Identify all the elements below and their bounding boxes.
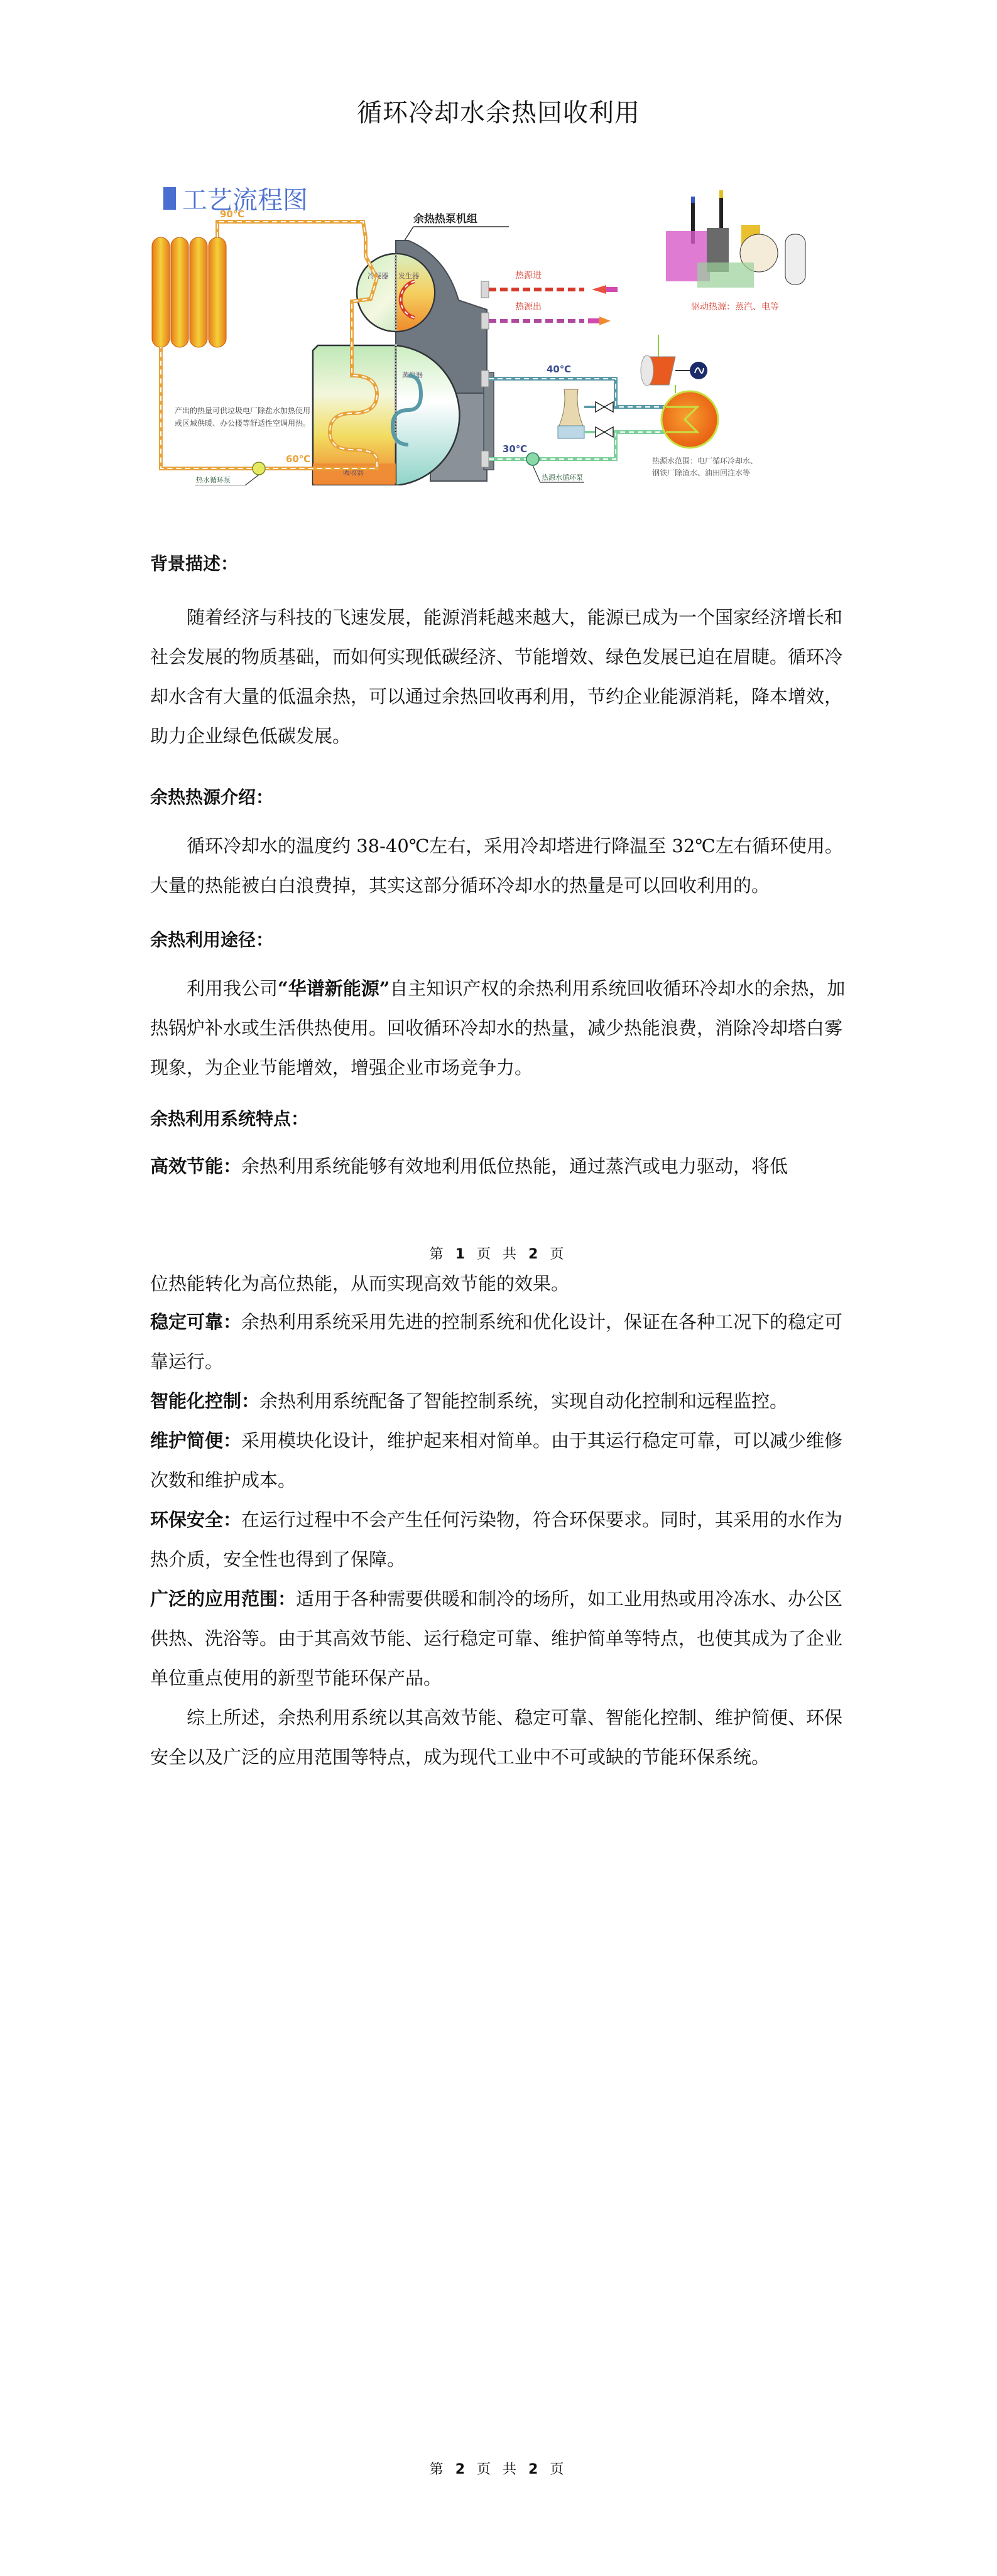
section-body-utilization: 利用我公司“华谱新能源”自主知识产权的余热利用系统回收循环冷却水的余热，加热锅炉… <box>150 969 860 1088</box>
conclusion-paragraph: 综上所述，余热利用系统以其高效节能、稳定可靠、智能化控制、维护简便、环保安全以及… <box>150 1698 860 1777</box>
heat-exchanger-icon <box>662 391 718 448</box>
factory-illustration <box>666 190 805 288</box>
temp-30-label: 30℃ <box>503 443 527 455</box>
electric-generator-icon <box>690 362 707 379</box>
feature-item-wide-application: 广泛的应用范围：适用于各种需要供暖和制冷的场所，如工业用热或用冷冻水、办公区供热… <box>150 1579 860 1698</box>
source-water-pump-label: 热源水循环泵 <box>542 473 583 482</box>
source-range-line2: 钢铁厂除渣水、油田回注水等 <box>652 468 750 477</box>
valve-icon <box>596 402 613 437</box>
feature-item-reliable: 稳定可靠：余热利用系统采用先进的控制系统和优化设计，保证在各种工况下的稳定可靠运… <box>150 1302 860 1382</box>
unit-label: 余热热泵机组 <box>413 212 477 225</box>
feature-item-efficient-cont: 位热能转化为高位热能，从而实现高效节能的效果。 <box>150 1264 860 1304</box>
feature-item-easy-maintenance: 维护简便：采用模块化设计，维护起来相对简单。由于其运行稳定可靠，可以减少维修次数… <box>150 1421 860 1500</box>
diagram-heading: 工艺流程图 <box>182 186 308 215</box>
heat-source-in-label: 热源进 <box>515 270 542 281</box>
feature-item-efficient: 高效节能：余热利用系统能够有效地利用低位热能，通过蒸汽或电力驱动，将低 <box>150 1147 860 1186</box>
generator-label: 发生器 <box>398 271 419 280</box>
document-title: 循环冷却水余热回收利用 <box>0 93 997 129</box>
heat-out-arrow-icon <box>599 317 611 325</box>
source-water-pump-icon <box>526 453 539 465</box>
source-range-line1: 热源水范围：电厂循环冷却水、 <box>652 456 758 465</box>
company-brand: “华谱新能源” <box>278 978 390 999</box>
temp-90-label: 90℃ <box>220 208 244 220</box>
section-body-background: 随着经济与科技的飞速发展，能源消耗越来越大，能源已成为一个国家经济增长和社会发展… <box>150 598 860 756</box>
hot-water-pump-icon <box>253 462 265 475</box>
temp-60-label: 60℃ <box>286 453 310 465</box>
feature-item-smart-control: 智能化控制：余热利用系统配备了智能控制系统，实现自动化控制和远程监控。 <box>150 1382 860 1421</box>
page-footer-2: 第 2 页 共 2 页 <box>0 2459 997 2478</box>
process-flow-diagram: 工艺流程图 余热热泵机组 冷凝器 发生器 蒸发器 吸收器 <box>144 168 864 485</box>
heading-square-icon <box>163 187 176 210</box>
page-footer-1: 第 1 页 共 2 页 <box>0 1243 997 1263</box>
section-heading-utilization: 余热利用途径： <box>150 926 273 951</box>
radiator-icon <box>152 237 226 347</box>
temp-40-label: 40℃ <box>547 364 571 375</box>
feature-item-eco-safe: 环保安全：在运行过程中不会产生任何污染物，符合环保要求。同时，其采用的水作为热介… <box>150 1500 860 1579</box>
section-heading-background: 背景描述： <box>150 550 238 575</box>
steam-turbine-icon <box>641 335 707 393</box>
cooling-tower-icon <box>558 389 584 438</box>
section-heading-features: 余热利用系统特点： <box>150 1105 308 1130</box>
output-note-line1: 产出的热量可供垃圾电厂除盐水加热使用 <box>175 406 310 415</box>
section-body-heat-source: 循环冷却水的温度约 38-40℃左右，采用冷却塔进行降温至 32℃左右循环使用。… <box>150 826 860 906</box>
output-note-line2: 或区域供暖、办公楼等舒适性空调用热。 <box>175 418 310 428</box>
section-heading-heat-source: 余热热源介绍： <box>150 784 273 809</box>
drive-heat-source-label: 驱动热源：蒸汽、电等 <box>691 301 779 312</box>
heat-source-out-label: 热源出 <box>515 301 542 312</box>
heat-in-arrow-icon <box>592 285 606 294</box>
hot-water-pump-label: 热水循环泵 <box>196 475 231 484</box>
